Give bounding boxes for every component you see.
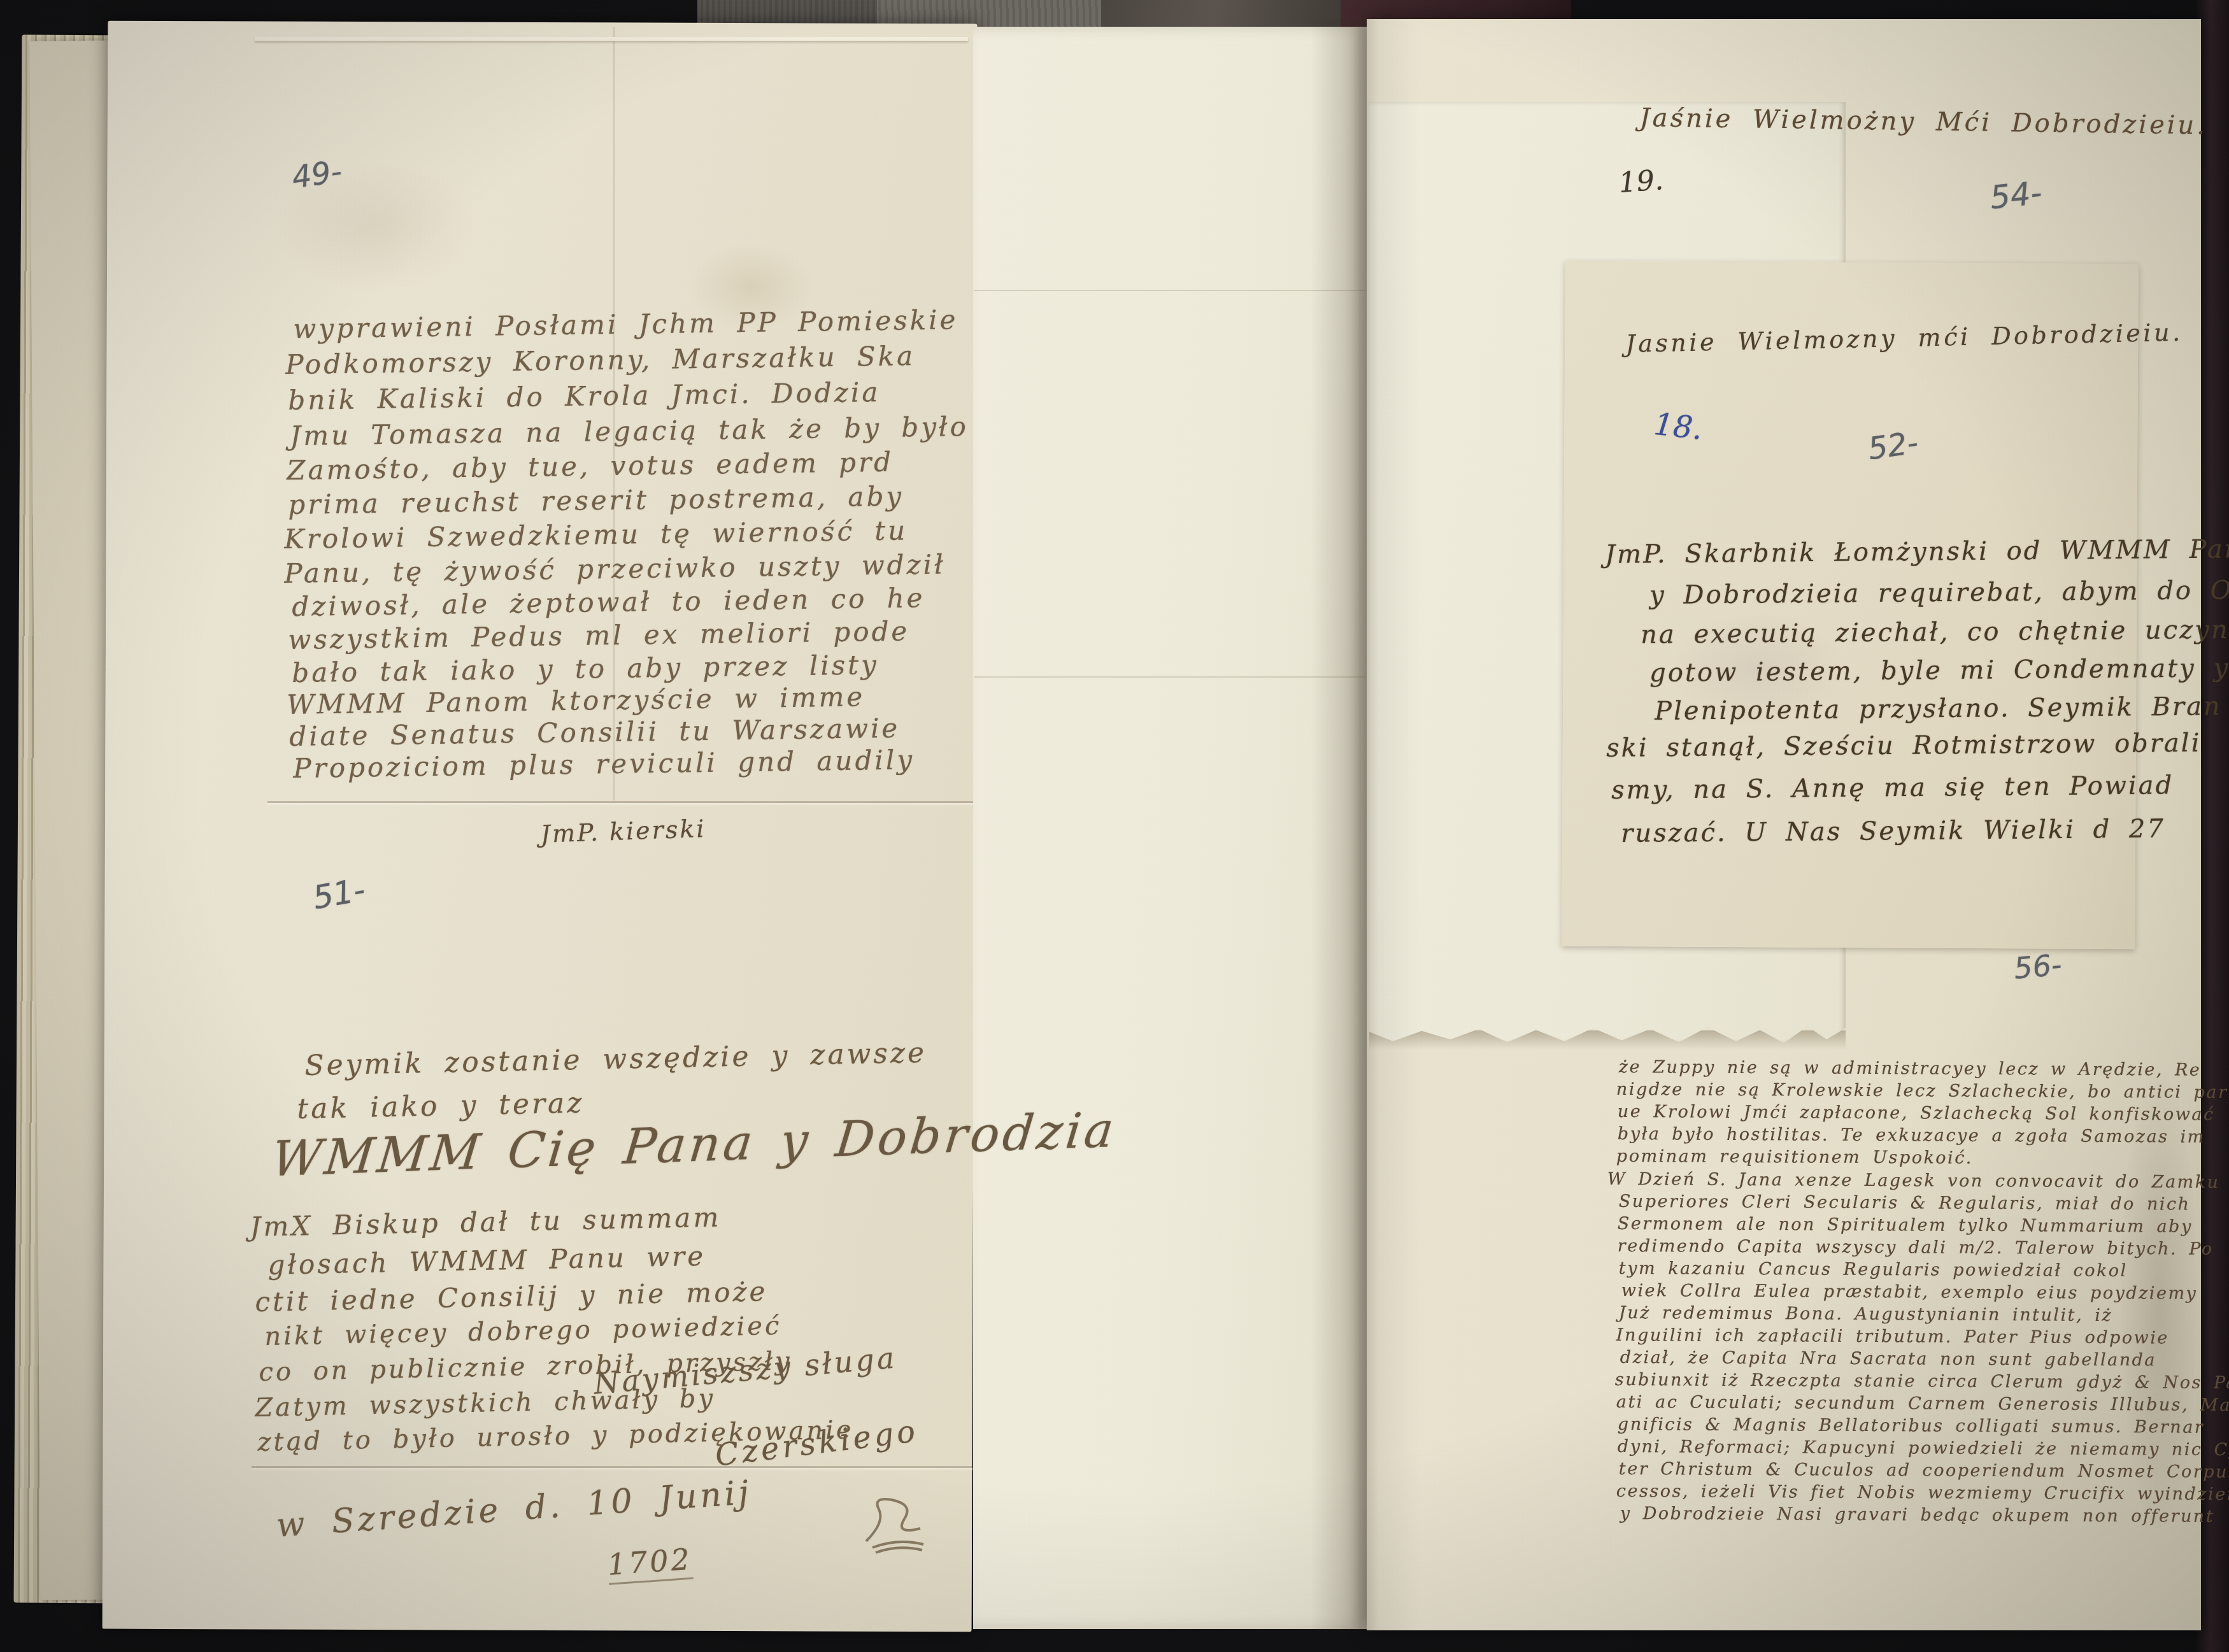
manuscript-line: że Zuppy nie są w administracyey lecz w … (1619, 1057, 2202, 1080)
manuscript-line: Superiores Cleri Secularis & Regularis, … (1619, 1192, 2191, 1214)
manuscript-line: na executią ziechał, co chętnie uczynię (1641, 615, 2229, 650)
manuscript-line: wiek Collra Eulea præstabit, exemplo eiu… (1621, 1281, 2198, 1304)
manuscript-line: smy, na S. Annę ma się ten Powiad (1611, 771, 2174, 805)
signature-flourish (860, 1484, 936, 1554)
manuscript-line: W Dzień S. Jana xenze Lagesk von convoca… (1607, 1169, 2220, 1192)
date-year: 1702 (606, 1542, 694, 1585)
folio-number-pencil: 56- (2012, 947, 2063, 985)
manuscript-line: cessos, ieżeli Vis fiet Nobis wezmiemy C… (1616, 1481, 2229, 1505)
manuscript-line: nigdze nie są Krolewskie lecz Szlachecki… (1616, 1079, 2229, 1102)
manuscript-line: Sermonem ale non Spiritualem tylko Numma… (1618, 1214, 2193, 1237)
manuscript-line: ruszać. U Nas Seymik Wielki d 27 (1621, 815, 2165, 848)
manuscript-line: tak iako y teraz (297, 1087, 585, 1125)
folio-number-ink: 19. (1618, 164, 1664, 199)
manuscript-line: Inguilini ich zapłacili tributum. Pater … (1616, 1325, 2169, 1348)
manuscript-line: pominam requisitionem Uspokoić. (1616, 1146, 1973, 1168)
manuscript-line: ski stanął, Sześciu Rotmistrzow obrali (1606, 729, 2202, 763)
manuscript-line: dział, że Capita Nra Sacrata non sunt ga… (1620, 1348, 2156, 1370)
folio-number-blue-ink: 18. (1652, 406, 1704, 447)
manuscript-line: Już redemimus Bona. Augustynianin intuli… (1619, 1303, 2112, 1325)
middle-folded-blank-leaf (973, 27, 1367, 1629)
manuscript-line: ue Krolowi Jmći zapłacone, Szlachecką So… (1618, 1102, 2215, 1125)
manuscript-line: JmP. Skarbnik Łomżynski od WMMM Pana (1605, 534, 2229, 569)
photograph-of-open-manuscript-book: { "colors": { "background": "#121214", "… (0, 0, 2229, 1652)
manuscript-line: dyni, Reformaci; Kapucyni powiedzieli że… (1618, 1437, 2229, 1460)
manuscript-line: ati ac Cuculati; secundum Carnem Generos… (1616, 1392, 2229, 1415)
manuscript-line: była było hostilitas. Te exkuzacye a zgo… (1618, 1124, 2205, 1147)
manuscript-line: y Dobrodzieie Nasi gravari bedąc okupem … (1620, 1504, 2214, 1527)
manuscript-line: redimendo Capita wszyscy dali m/2. Taler… (1618, 1236, 2214, 1259)
folio-number-pencil: 49- (290, 153, 344, 196)
manuscript-line: Plenipotenta przysłano. Seymik Bran (1655, 692, 2222, 726)
manuscript-line: gotow iestem, byle mi Condemnaty y (1649, 653, 2229, 688)
annotation-kierski: JmP. kierski (540, 815, 706, 848)
manuscript-line: y Dobrodzieia requirebat, abym do Obli (1649, 575, 2229, 610)
folio-number-pencil: 52- (1866, 425, 1920, 467)
manuscript-line: tym kazaniu Cancus Regularis powiedział … (1619, 1258, 2128, 1281)
manuscript-line: subiunxit iż Rzeczpta stanie circa Cleru… (1615, 1370, 2229, 1393)
manuscript-line: ter Christum & Cuculos ad cooperiendum N… (1619, 1459, 2229, 1482)
folio-number-pencil: 54- (1988, 174, 2044, 216)
manuscript-line: gnificis & Magnis Bellatoribus colligati… (1618, 1414, 2204, 1437)
